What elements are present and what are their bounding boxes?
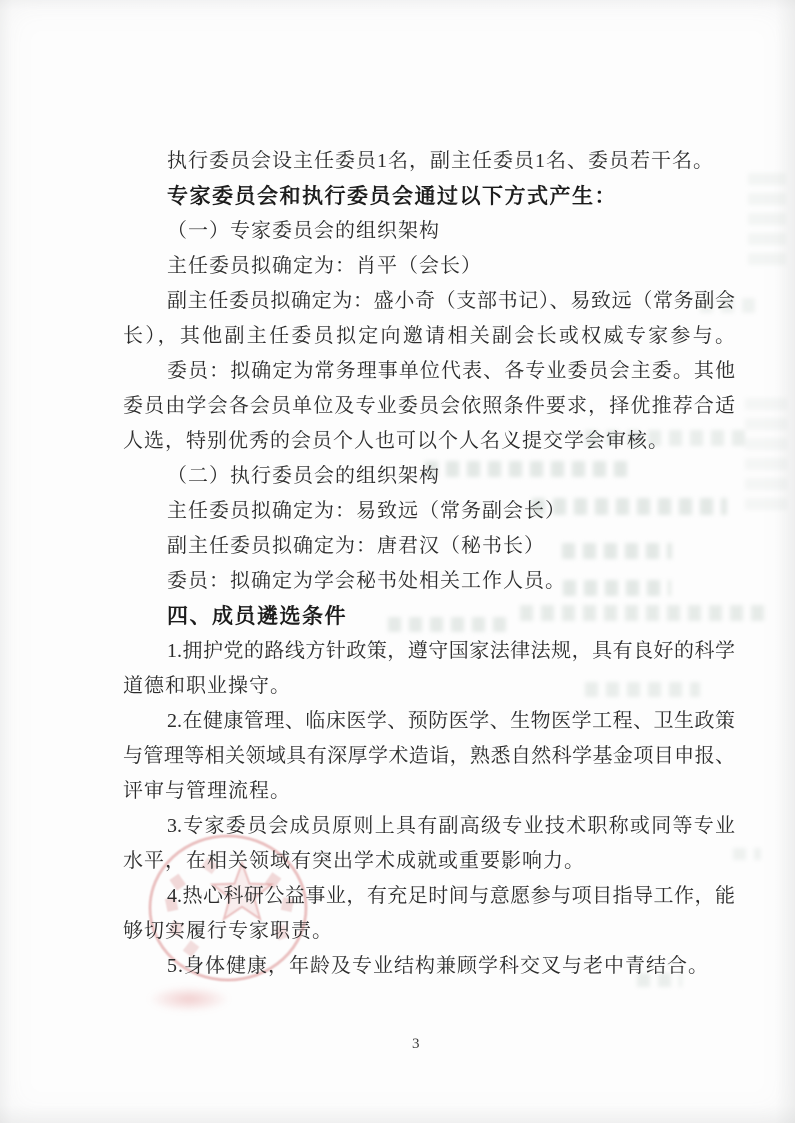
doc-line: 评审与管理流程。 [123, 774, 735, 809]
doc-line: 水平，在相关领域有突出学术成就或重要影响力。 [123, 844, 735, 879]
doc-line: 与管理等相关领域具有深厚学术造诣，熟悉自然科学基金项目申报、 [123, 739, 735, 774]
ink-bleedthrough-smudge [733, 848, 761, 860]
page-number: 3 [412, 1036, 420, 1053]
doc-line: 4.热心科研公益事业，有充足时间与意愿参与项目指导工作，能 [123, 879, 735, 914]
doc-line: 执行委员会设主任委员1名，副主任委员1名、委员若干名。 [123, 144, 735, 179]
doc-line: 2.在健康管理、临床医学、预防医学、生物医学工程、卫生政策 [123, 704, 735, 739]
doc-line: 5.身体健康，年龄及专业结构兼顾学科交叉与老中青结合。 [123, 949, 735, 984]
doc-line: 人选，特别优秀的会员个人也可以个人名义提交学会审核。 [123, 424, 735, 459]
doc-line: 够切实履行专家职责。 [123, 914, 735, 949]
ink-bleedthrough-smudge [745, 390, 787, 510]
section-heading: 四、成员遴选条件 [123, 599, 735, 634]
doc-line: 副主任委员拟确定为：唐君汉（秘书长） [123, 529, 735, 564]
section-heading: 专家委员会和执行委员会通过以下方式产生： [123, 179, 735, 214]
doc-line: 主任委员拟确定为：肖平（会长） [123, 249, 735, 284]
document-page: 执行委员会设主任委员1名，副主任委员1名、委员若干名。 专家委员会和执行委员会通… [0, 0, 795, 1123]
doc-line: 委员由学会各会员单位及专业委员会依照条件要求，择优推荐合适 [123, 389, 735, 424]
doc-line: 副主任委员拟确定为：盛小奇（支部书记）、易致远（常务副会 [123, 284, 735, 319]
doc-line: 长），其他副主任委员拟定向邀请相关副会长或权威专家参与。 [123, 319, 735, 354]
ink-bleedthrough-smudge [748, 170, 786, 265]
subsection-heading: （一）专家委员会的组织架构 [123, 214, 735, 249]
document-body: 执行委员会设主任委员1名，副主任委员1名、委员若干名。 专家委员会和执行委员会通… [123, 144, 735, 984]
doc-line: 主任委员拟确定为：易致远（常务副会长） [123, 494, 735, 529]
doc-line: 道德和职业操守。 [123, 669, 735, 704]
doc-line: 3.专家委员会成员原则上具有副高级专业技术职称或同等专业 [123, 809, 735, 844]
subsection-heading: （二）执行委员会的组织架构 [123, 459, 735, 494]
doc-line: 委员：拟确定为学会秘书处相关工作人员。 [123, 564, 735, 599]
doc-line: 委员：拟确定为常务理事单位代表、各专业委员会主委。其他 [123, 354, 735, 389]
doc-line: 1.拥护党的路线方针政策，遵守国家法律法规，具有良好的科学 [123, 634, 735, 669]
seal-ink-smudge [148, 986, 230, 1012]
